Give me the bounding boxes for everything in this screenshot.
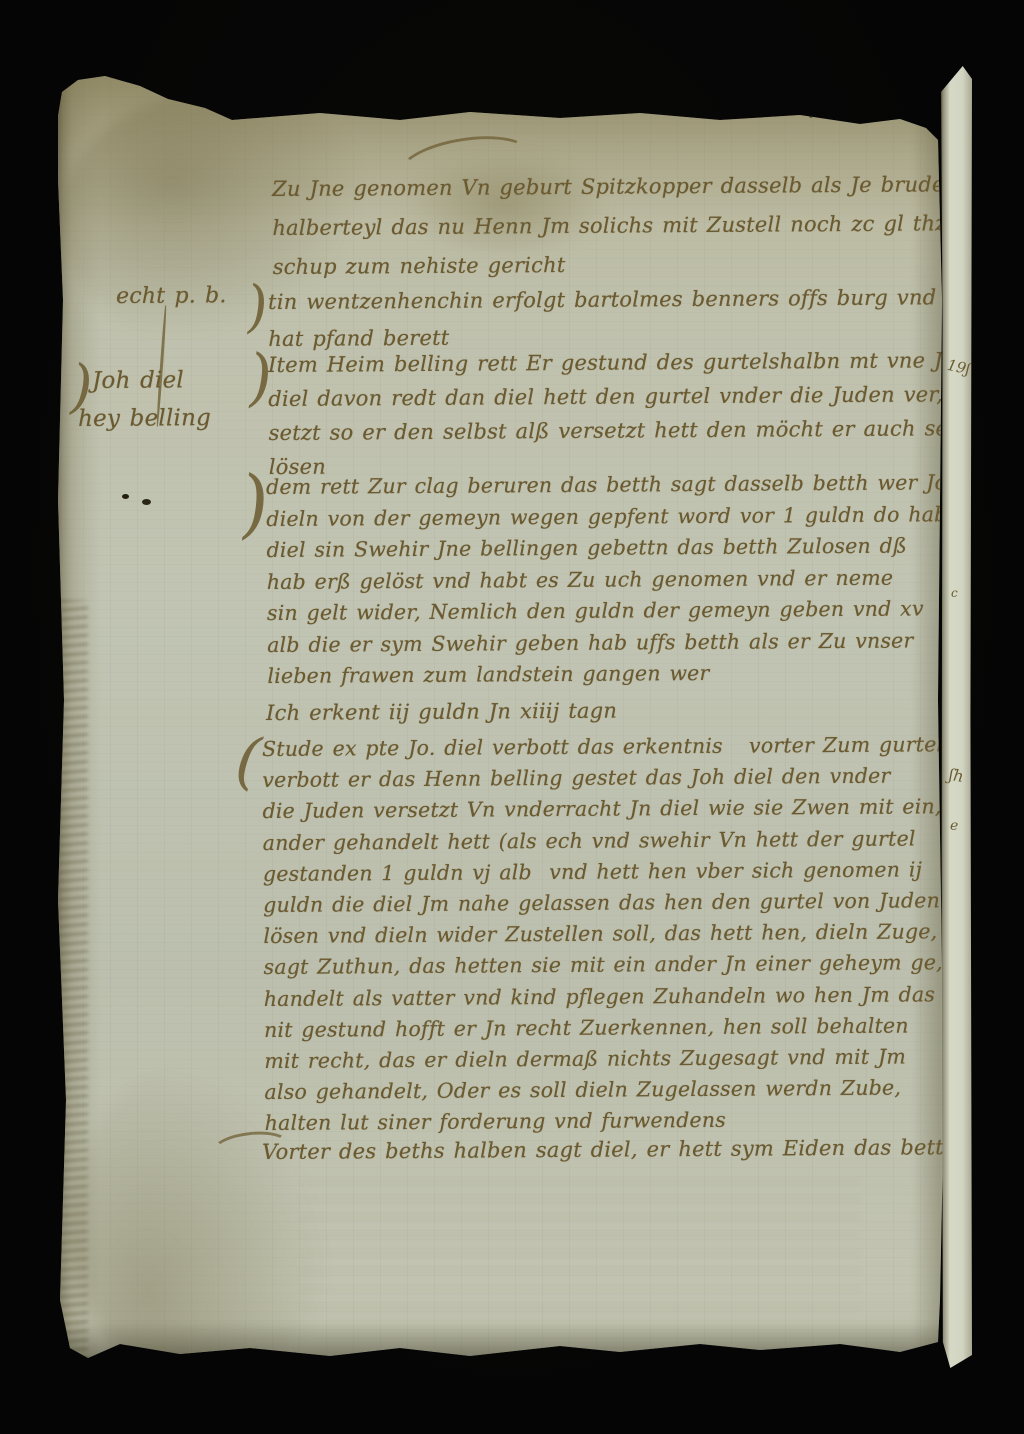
manuscript-photo: echt p. b. Joh diel hey belling ) Zu Jne… [0,0,1024,1434]
manuscript-page: echt p. b. Joh diel hey belling ) Zu Jne… [0,0,1024,1434]
facing-page-fragment: 19ʃ [945,356,971,378]
manuscript-line: Vorter des beths halben sagt diel, er he… [262,1131,958,1168]
binding-fray-streaks [58,600,88,1360]
manuscript-line: setzt so er den selbst alß versetzt hett… [268,411,988,450]
manuscript-line: Ich erkent iij guldn Jn xiiij tagn [266,695,617,729]
manuscript-line: lieben frawen zum landstein gangen wer [267,656,955,692]
manuscript-line: gestanden 1 guldn vj alb vnd hett hen vb… [263,854,944,890]
margin-note-joh-diel: Joh diel [92,367,184,394]
manuscript-line: mit recht, das er dieln dermaß nichts Zu… [264,1041,945,1077]
margin-paren-flourish: ) [70,352,93,420]
ink-showthrough [300,1180,860,1320]
margin-note-echt-pb: echt p. b. [116,283,227,309]
manuscript-line: hab erß gelöst vnd habt es Zu uch genome… [267,562,955,598]
paragraph-flourish: ) [246,339,274,413]
manuscript-line: dem rett Zur clag beruren das betth sagt… [266,467,954,503]
manuscript-line: halberteyl das nu Henn Jm solichs mit Zu… [272,204,999,248]
manuscript-line: nit gestund hofft er Jn recht Zuerkennen… [264,1010,945,1046]
manuscript-line: die Juden versetzt Vn vnderracht Jn diel… [262,792,943,828]
manuscript-paragraph: Zu Jne genomen Vn geburt Spitzkopper das… [272,165,999,287]
manuscript-line: verbott er das Henn belling gestet das J… [262,760,943,796]
margin-note-hey-belling: hey belling [78,405,211,432]
manuscript-paragraph: Vorter des beths halben sagt diel, er he… [262,1131,958,1168]
paper-speck [808,108,814,118]
bottom-torn-edge-shadow [58,1322,944,1366]
binding-edge-shading [56,76,100,1364]
manuscript-line: handelt als vatter vnd kind pflegen Zuha… [264,979,945,1015]
manuscript-line: guldn die diel Jm nahe gelassen das hen … [263,885,944,921]
manuscript-line: lösen vnd dieln wider Zustellen soll, da… [263,916,944,952]
manuscript-paragraph: Stude ex pte Jo. diel verbott das erkent… [262,729,946,1139]
manuscript-line: also gehandelt, Oder es soll dieln Zugel… [264,1072,945,1108]
facing-page-strip: 19ʃ c ʃh e [941,66,972,1368]
manuscript-line: Item Heim belling rett Er gestund des gu… [268,343,988,382]
paragraph-flourish: ) [244,273,270,339]
manuscript-line: ander gehandelt hett (als ech vnd swehir… [263,823,944,859]
manuscript-line: Zu Jne genomen Vn geburt Spitzkopper das… [272,165,999,209]
manuscript-line: tin wentzenhenchin erfolgt bartolmes ben… [268,279,936,321]
manuscript-line: diel sin Swehir Jne bellingen gebettn da… [266,530,954,566]
manuscript-line: dieln von der gemeyn wegen gepfent word … [266,499,954,535]
manuscript-line: sagt Zuthun, das hetten sie mit ein ande… [264,948,945,984]
paragraph-flourish: ( [232,723,264,798]
ink-speck [122,494,129,499]
manuscript-paragraph: dem rett Zur clag beruren das betth sagt… [266,467,955,692]
manuscript-line: diel davon redt dan diel hett den gurtel… [268,377,988,416]
manuscript-paragraph: Ich erkent iij guldn Jn xiiij tagn [266,695,617,729]
ink-speck [142,499,151,505]
facing-page-fragment: c [951,586,958,600]
manuscript-line: sin gelt wider, Nemlich den guldn der ge… [267,593,955,629]
manuscript-paragraph: Item Heim belling rett Er gestund des gu… [268,343,989,484]
manuscript-line: alb die er sym Swehir geben hab uffs bet… [267,625,955,661]
facing-page-fragment: e [950,818,958,834]
facing-page-fragment: ʃh [948,765,965,786]
manuscript-line: Stude ex pte Jo. diel verbott das erkent… [262,729,943,765]
